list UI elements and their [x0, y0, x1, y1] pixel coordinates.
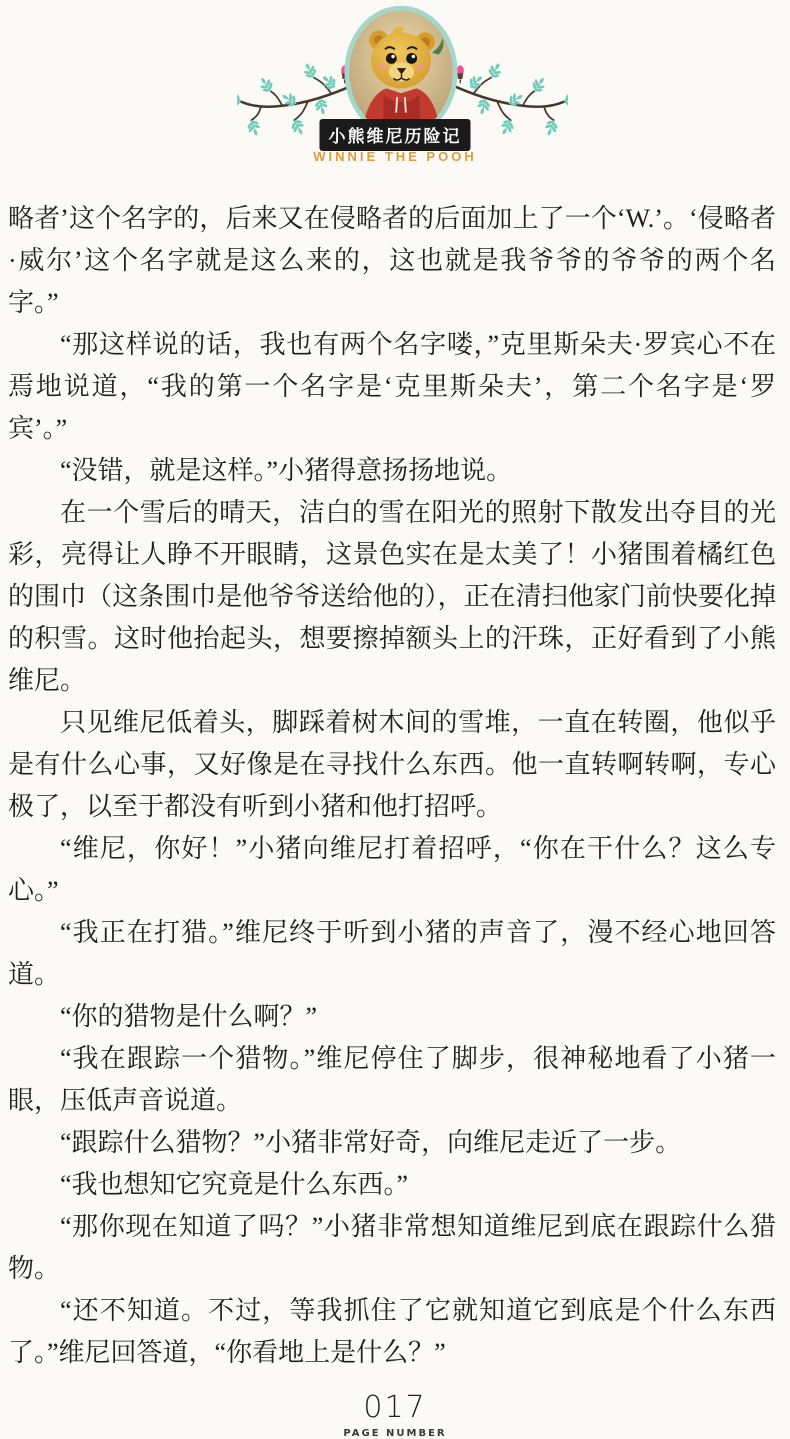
book-page: 小熊维尼历险记 WINNIE THE POOH 略者’这个名字的，后来又在侵略者… — [0, 0, 790, 1439]
series-title-en: WINNIE THE POOH — [0, 149, 790, 164]
body-text: 略者’这个名字的，后来又在侵略者的后面加上了一个‘W.’。‘侵略者·威尔’这个名… — [0, 172, 790, 1374]
paragraph: 只见维尼低着头，脚踩着树木间的雪堆，一直在转圈，他似乎是有什么心事，又好像是在寻… — [8, 702, 776, 828]
paragraph: 略者’这个名字的，后来又在侵略者的后面加上了一个‘W.’。‘侵略者·威尔’这个名… — [8, 198, 776, 324]
page-footer: 017 PAGE NUMBER — [0, 1390, 790, 1439]
page-number-label: PAGE NUMBER — [0, 1428, 790, 1439]
paragraph: “那这样说的话，我也有两个名字喽，”克里斯朵夫·罗宾心不在焉地说道，“我的第一个… — [8, 324, 776, 450]
paragraph: “你的猎物是什么啊？” — [8, 996, 776, 1038]
paragraph: “还不知道。不过，等我抓住了它就知道它到底是个什么东西了。”维尼回答道，“你看地… — [8, 1290, 776, 1374]
paragraph: “我也想知它究竟是什么东西。” — [8, 1164, 776, 1206]
page-number: 017 — [0, 1390, 790, 1425]
paragraph: “我正在打猎。”维尼终于听到小猪的声音了，漫不经心地回答道。 — [8, 912, 776, 996]
paragraph: “没错，就是这样。”小猪得意扬扬地说。 — [8, 450, 776, 492]
paragraph: “我在跟踪一个猎物。”维尼停住了脚步，很神秘地看了小猪一眼，压低声音说道。 — [8, 1038, 776, 1122]
series-title-zh: 小熊维尼历险记 — [329, 127, 462, 146]
paragraph: “跟踪什么猎物？”小猪非常好奇，向维尼走近了一步。 — [8, 1122, 776, 1164]
paragraph: “维尼，你好！”小猪向维尼打着招呼，“你在干什么？这么专心。” — [8, 828, 776, 912]
paragraph: 在一个雪后的晴天，洁白的雪在阳光的照射下散发出夺目的光彩，亮得让人睁不开眼睛，这… — [8, 492, 776, 702]
paragraph: “那你现在知道了吗？”小猪非常想知道维尼到底在跟踪什么猎物。 — [8, 1206, 776, 1290]
chapter-header: 小熊维尼历险记 WINNIE THE POOH — [0, 0, 790, 172]
series-title-banner: 小熊维尼历险记 — [320, 119, 471, 151]
